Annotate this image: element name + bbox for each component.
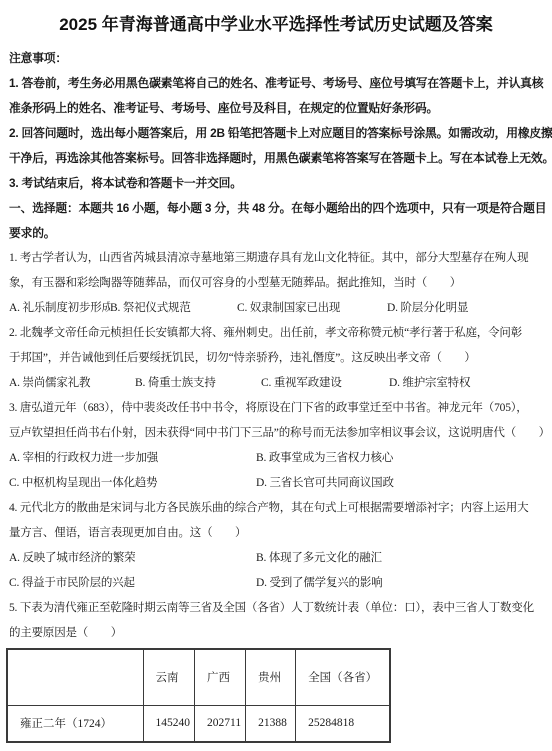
- question-4-options-row-1: A. 反映了城市经济的繁荣 B. 体现了多元文化的融汇: [0, 546, 552, 571]
- table-header-guizhou: 贵州: [246, 649, 296, 705]
- question-2-stem-line-1: 2. 北魏孝文帝任命元桢担任长安镇都大将、雍州刺史。出任前，孝文帝称赞元桢“孝行…: [0, 321, 552, 346]
- notice-item-2-line-2: 干净后，再选涂其他答案标号。回答非选择题时，用黑色碳素笔将答案写在答题卡上。写在…: [0, 146, 552, 171]
- question-4-option-d: D. 受到了儒学复兴的影响: [256, 571, 543, 596]
- question-5-stem-line-2: 的主要原因是（ ）: [0, 621, 552, 646]
- table-row: 雍正二年（1724） 145240 202711 21388 25284818: [7, 705, 390, 742]
- question-3-stem-line-2: 豆卢钦望担任尚书右仆射，因未获得“同中书门下三品”的称号而无法参加宰相议事会议，…: [0, 421, 552, 446]
- question-3-options-row-2: C. 中枢机构呈现出一体化趋势 D. 三省长官可共同商议国政: [0, 471, 552, 496]
- question-3-option-b: B. 政事堂成为三省权力核心: [256, 446, 543, 471]
- question-2-option-a: A. 崇尚儒家礼教: [9, 371, 135, 396]
- table-cell-guangxi: 202711: [195, 705, 246, 742]
- section-heading-line-2: 要求的。: [0, 221, 552, 246]
- question-1-option-a: A. 礼乐制度初步形成: [9, 296, 110, 321]
- table-header-empty: [7, 649, 143, 705]
- question-1-options: A. 礼乐制度初步形成 B. 祭祀仪式规范 C. 奴隶制国家已出现 D. 阶层分…: [0, 296, 552, 321]
- notice-item-1-line-2: 准条形码上的姓名、准考证号、考场号、座位号及科目，在规定的位置贴好条形码。: [0, 96, 552, 121]
- notice-item-1-line-1: 1. 答卷前，考生务必用黑色碳素笔将自己的姓名、准考证号、考场号、座位号填写在答…: [0, 71, 552, 96]
- table-header-row: 云南 广西 贵州 全国（各省）: [7, 649, 390, 705]
- question-3-option-d: D. 三省长官可共同商议国政: [256, 471, 543, 496]
- question-4-option-c: C. 得益于市民阶层的兴起: [9, 571, 256, 596]
- table-cell-yunnan: 145240: [143, 705, 195, 742]
- table-header-national: 全国（各省）: [296, 649, 390, 705]
- population-statistics-table: 云南 广西 贵州 全国（各省） 雍正二年（1724） 145240 202711…: [6, 648, 391, 743]
- table-cell-year: 雍正二年（1724）: [7, 705, 143, 742]
- question-4-option-a: A. 反映了城市经济的繁荣: [9, 546, 256, 571]
- question-2-options: A. 崇尚儒家礼教 B. 倚重士族支持 C. 重视军政建设 D. 维护宗室特权: [0, 371, 552, 396]
- question-4-option-b: B. 体现了多元文化的融汇: [256, 546, 543, 571]
- table-header-yunnan: 云南: [143, 649, 195, 705]
- question-2-stem-line-2: 于邦国”，并告诫他到任后要绥抚饥民，切勿“恃亲骄矜，违礼僭度”。这反映出孝文帝（…: [0, 346, 552, 371]
- notice-item-2-line-1: 2. 回答问题时，选出每小题答案后，用 2B 铅笔把答题卡上对应题目的答案标号涂…: [0, 121, 552, 146]
- table-cell-guizhou: 21388: [246, 705, 296, 742]
- question-1-option-b: B. 祭祀仪式规范: [110, 296, 237, 321]
- notice-item-3: 3. 考试结束后，将本试卷和答题卡一并交回。: [0, 171, 552, 196]
- question-1-option-c: C. 奴隶制国家已出现: [237, 296, 387, 321]
- question-4-stem-line-1: 4. 元代北方的散曲是宋词与北方各民族乐曲的综合产物，其在句式上可根据需要增添衬…: [0, 496, 552, 521]
- question-2-option-d: D. 维护宗室特权: [389, 371, 543, 396]
- question-1-stem-line-1: 1. 考古学者认为，山西省芮城县清凉寺墓地第三期遗存具有龙山文化特征。其中，部分…: [0, 246, 552, 271]
- question-1-option-d: D. 阶层分化明显: [387, 296, 543, 321]
- table-header-guangxi: 广西: [195, 649, 246, 705]
- question-3-stem-line-1: 3. 唐弘道元年（683），侍中裴炎改任书中书令，将原设在门下省的政事堂迁至中书…: [0, 396, 552, 421]
- table-cell-national: 25284818: [296, 705, 390, 742]
- page-title: 2025 年青海普通高中学业水平选择性考试历史试题及答案: [0, 12, 552, 38]
- question-3-option-a: A. 宰相的行政权力进一步加强: [9, 446, 256, 471]
- question-4-stem-line-2: 量方言、俚语，语言表现更加自由。这（ ）: [0, 521, 552, 546]
- section-heading-line-1: 一、选择题：本题共 16 小题，每小题 3 分，共 48 分。在每小题给出的四个…: [0, 196, 552, 221]
- question-1-stem-line-2: 象，有玉器和彩绘陶器等随葬品，而仅可容身的小型墓无随葬品。据此推知，当时（ ）: [0, 271, 552, 296]
- exam-page: 2025 年青海普通高中学业水平选择性考试历史试题及答案 注意事项： 1. 答卷…: [0, 0, 552, 751]
- question-3-option-c: C. 中枢机构呈现出一体化趋势: [9, 471, 256, 496]
- question-2-option-b: B. 倚重士族支持: [135, 371, 261, 396]
- notice-heading: 注意事项：: [0, 46, 552, 71]
- question-4-options-row-2: C. 得益于市民阶层的兴起 D. 受到了儒学复兴的影响: [0, 571, 552, 596]
- question-2-option-c: C. 重视军政建设: [261, 371, 389, 396]
- question-3-options-row-1: A. 宰相的行政权力进一步加强 B. 政事堂成为三省权力核心: [0, 446, 552, 471]
- question-5-stem-line-1: 5. 下表为清代雍正至乾隆时期云南等三省及全国（各省）人丁数统计表（单位：口），…: [0, 596, 552, 621]
